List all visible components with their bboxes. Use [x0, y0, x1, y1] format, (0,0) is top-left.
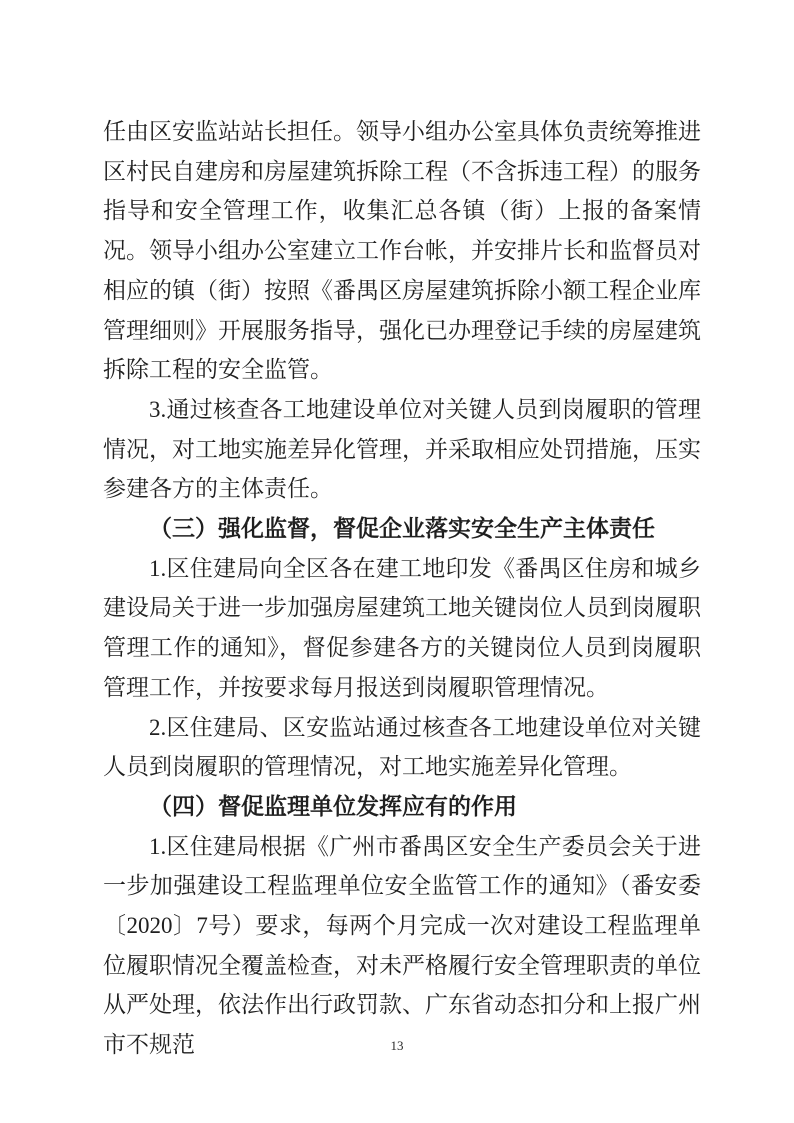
document-body: 任由区安监站站长担任。领导小组办公室具体负责统筹推进区村民自建房和房屋建筑拆除工… — [103, 112, 701, 1065]
paragraph: 1.区住建局向全区各在建工地印发《番禺区住房和城乡建设局关于进一步加强房屋建筑工… — [103, 549, 701, 708]
section-heading: （三）强化监督，督促企业落实安全生产主体责任 — [103, 509, 701, 549]
paragraph: 2.区住建局、区安监站通过核查各工地建设单位对关键人员到岗履职的管理情况，对工地… — [103, 708, 701, 787]
page-footer: 13 — [0, 1036, 794, 1056]
paragraph: 1.区住建局根据《广州市番禺区安全生产委员会关于进一步加强建设工程监理单位安全监… — [103, 827, 701, 1065]
paragraph: 3.通过核查各工地建设单位对关键人员到岗履职的管理情况，对工地实施差异化管理，并… — [103, 390, 701, 509]
paragraph: 任由区安监站站长担任。领导小组办公室具体负责统筹推进区村民自建房和房屋建筑拆除工… — [103, 112, 701, 390]
section-heading: （四）督促监理单位发挥应有的作用 — [103, 787, 701, 827]
page-number: 13 — [391, 1038, 404, 1053]
document-page: 任由区安监站站长担任。领导小组办公室具体负责统筹推进区村民自建房和房屋建筑拆除工… — [0, 0, 794, 1123]
